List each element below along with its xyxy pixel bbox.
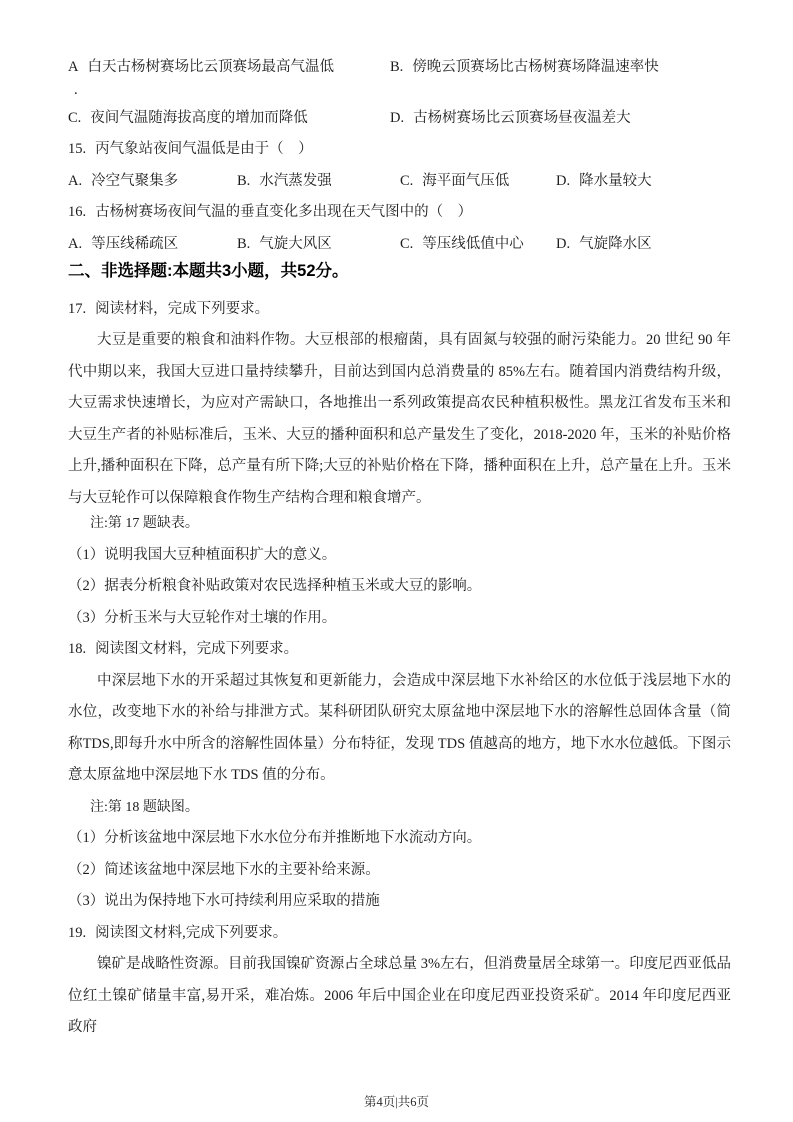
option-b-text: 水汽蒸发强 bbox=[259, 173, 332, 189]
question-16-stem-text: 古杨树赛场夜间气温的垂直变化多出现在天气图中的（ ） bbox=[95, 204, 472, 220]
option-a-text: 白天古杨树赛场比云顶赛场最高气温低 bbox=[87, 59, 334, 75]
option-b-text: 气旋大风区 bbox=[259, 236, 332, 252]
question-18-subquestion-2: （2）简述该盆地中深层地下水的主要补给来源。 bbox=[68, 855, 731, 887]
question-15-options-row: A.冷空气聚集多 B.水汽蒸发强 C.海平面气压低 D.降水量较大 bbox=[68, 166, 731, 198]
question-14-option-d: D.古杨树赛场比云顶赛场昼夜温差大 bbox=[390, 103, 731, 135]
question-18-intro-text: 阅读图文材料，完成下列要求。 bbox=[95, 641, 298, 657]
option-c-label: C. bbox=[400, 173, 413, 189]
option-c-text: 等压线低值中心 bbox=[422, 236, 524, 252]
question-17-subquestion-1: （1）说明我国大豆种植面积扩大的意义。 bbox=[68, 540, 731, 572]
option-a-label: A bbox=[68, 59, 78, 75]
question-15-option-c: C.海平面气压低 bbox=[400, 166, 556, 198]
question-15-option-a: A.冷空气聚集多 bbox=[68, 166, 237, 198]
option-d-label: D. bbox=[556, 236, 570, 252]
question-17-subquestion-3: （3）分析玉米与大豆轮作对土壤的作用。 bbox=[68, 603, 731, 635]
option-b-label: B. bbox=[390, 59, 403, 75]
question-18-number: 18. bbox=[68, 641, 86, 657]
question-15-option-b: B.水汽蒸发强 bbox=[237, 166, 400, 198]
option-d-text: 降水量较大 bbox=[579, 173, 652, 189]
question-14-options-row-cd: C.夜间气温随海拔高度的增加而降低 D.古杨树赛场比云顶赛场昼夜温差大 bbox=[68, 103, 731, 135]
option-a-label: A. bbox=[68, 236, 82, 252]
option-b-label: B. bbox=[237, 236, 250, 252]
question-17-material: 大豆是重要的粮食和油料作物。大豆根部的根瘤菌，具有固氮与较强的耐污染能力。20 … bbox=[68, 325, 731, 514]
question-16-number: 16. bbox=[68, 204, 86, 220]
option-a-text: 等压线稀疏区 bbox=[91, 236, 178, 252]
question-15-number: 15. bbox=[68, 141, 86, 157]
question-14-options-row-ab: A白天古杨树赛场比云顶赛场最高气温低 B.傍晚云顶赛场比古杨树赛场降温速率快 bbox=[68, 52, 731, 84]
option-a-text: 冷空气聚集多 bbox=[91, 173, 178, 189]
question-17-intro: 17.阅读材料，完成下列要求。 bbox=[68, 294, 731, 326]
question-16-option-c: C.等压线低值中心 bbox=[400, 229, 556, 261]
exam-paper-page: . A白天古杨树赛场比云顶赛场最高气温低 B.傍晚云顶赛场比古杨树赛场降温速率快… bbox=[0, 0, 793, 1122]
option-c-label: C. bbox=[68, 110, 81, 126]
question-14-option-b: B.傍晚云顶赛场比古杨树赛场降温速率快 bbox=[390, 52, 731, 84]
page-number-indicator: 第4页|共6页 bbox=[0, 1092, 793, 1110]
question-16-option-d: D.气旋降水区 bbox=[556, 229, 731, 261]
option-c-text: 夜间气温随海拔高度的增加而降低 bbox=[90, 110, 308, 126]
question-14-option-a: A白天古杨树赛场比云顶赛场最高气温低 bbox=[68, 52, 390, 84]
question-18-intro: 18.阅读图文材料，完成下列要求。 bbox=[68, 634, 731, 666]
question-18-note: 注:第 18 题缺图。 bbox=[68, 792, 731, 824]
option-d-text: 气旋降水区 bbox=[579, 236, 652, 252]
question-15-stem-text: 丙气象站夜间气温低是由于（ ） bbox=[95, 141, 313, 157]
section-2-heading: 二、非选择题:本题共3小题，共52分。 bbox=[68, 256, 731, 288]
question-19-intro-text: 阅读图文材料,完成下列要求。 bbox=[95, 925, 287, 941]
question-14-option-c: C.夜间气温随海拔高度的增加而降低 bbox=[68, 103, 390, 135]
option-b-label: B. bbox=[237, 173, 250, 189]
question-15-stem: 15.丙气象站夜间气温低是由于（ ） bbox=[68, 134, 731, 166]
question-17-intro-text: 阅读材料，完成下列要求。 bbox=[95, 301, 269, 317]
question-18-material: 中深层地下水的开采超过其恢复和更新能力，会造成中深层地下水补给区的水位低于浅层地… bbox=[68, 666, 731, 792]
question-19-number: 19. bbox=[68, 925, 86, 941]
option-d-text: 古杨树赛场比云顶赛场昼夜温差大 bbox=[413, 110, 631, 126]
question-15-option-d: D.降水量较大 bbox=[556, 166, 731, 198]
option-a-label: A. bbox=[68, 173, 82, 189]
question-16-stem: 16.古杨树赛场夜间气温的垂直变化多出现在天气图中的（ ） bbox=[68, 197, 731, 229]
option-d-label: D. bbox=[556, 173, 570, 189]
option-b-text: 傍晚云顶赛场比古杨树赛场降温速率快 bbox=[412, 59, 659, 75]
question-19-intro: 19.阅读图文材料,完成下列要求。 bbox=[68, 918, 731, 950]
question-17-number: 17. bbox=[68, 301, 86, 317]
option-c-label: C. bbox=[400, 236, 413, 252]
page-content: A白天古杨树赛场比云顶赛场最高气温低 B.傍晚云顶赛场比古杨树赛场降温速率快 C… bbox=[68, 52, 731, 1044]
question-18-subquestion-1: （1）分析该盆地中深层地下水水位分布并推断地下水流动方向。 bbox=[68, 823, 731, 855]
option-d-label: D. bbox=[390, 110, 404, 126]
question-18-subquestion-3: （3）说出为保持地下水可持续利用应采取的措施 bbox=[68, 886, 731, 918]
question-17-subquestion-2: （2）据表分析粮食补贴政策对农民选择种植玉米或大豆的影响。 bbox=[68, 571, 731, 603]
question-19-material: 镍矿是战略性资源。目前我国镍矿资源占全球总量 3%左右，但消费量居全球第一。印度… bbox=[68, 949, 731, 1044]
option-c-text: 海平面气压低 bbox=[422, 173, 509, 189]
